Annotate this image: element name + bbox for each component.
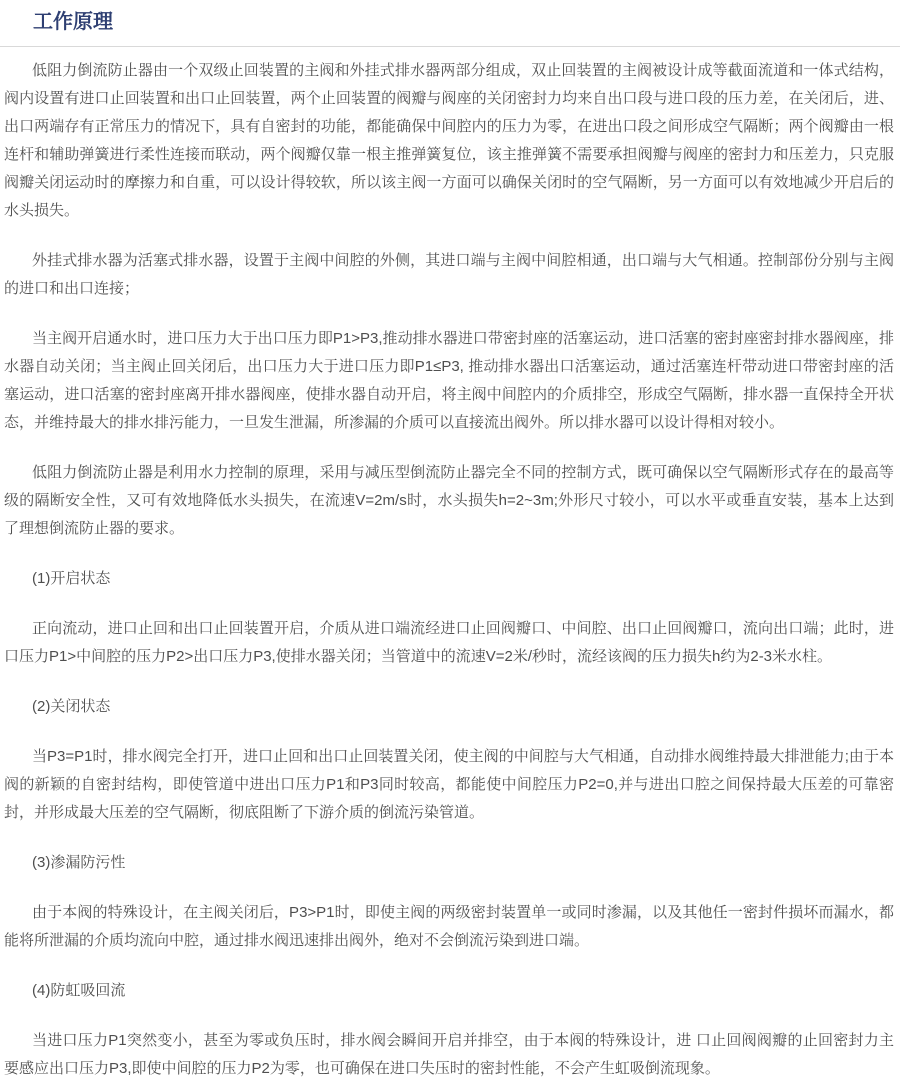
article-body: 低阻力倒流防止器由一个双级止回装置的主阀和外挂式排水器两部分组成，双止回装置的主… [0,47,900,1083]
section-heading-leak-protection: (3)渗漏防污性 [4,849,894,877]
document-page: 工作原理 低阻力倒流防止器由一个双级止回装置的主阀和外挂式排水器两部分组成，双止… [0,0,900,1083]
section-body-closed-state: 当P3=P1时，排水阀完全打开，进口止回和出口止回装置关闭，使主阀的中间腔与大气… [4,743,894,827]
section-heading-open-state: (1)开启状态 [4,565,894,593]
page-title: 工作原理 [0,0,900,46]
section-body-leak-protection: 由于本阀的特殊设计，在主阀关闭后，P3>P1时，即使主阀的两级密封装置单一或同时… [4,899,894,955]
intro-paragraph-4: 低阻力倒流防止器是利用水力控制的原理，采用与减压型倒流防止器完全不同的控制方式，… [4,459,894,543]
intro-paragraph-2: 外挂式排水器为活塞式排水器，设置于主阀中间腔的外侧，其进口端与主阀中间腔相通，出… [4,247,894,303]
section-body-anti-siphon: 当进口压力P1突然变小，甚至为零或负压时，排水阀会瞬间开启并排空，由于本阀的特殊… [4,1027,894,1083]
section-heading-anti-siphon: (4)防虹吸回流 [4,977,894,1005]
intro-paragraph-1: 低阻力倒流防止器由一个双级止回装置的主阀和外挂式排水器两部分组成，双止回装置的主… [4,57,894,225]
intro-paragraph-3: 当主阀开启通水时，进口压力大于出口压力即P1>P3,推动排水器进口带密封座的活塞… [4,325,894,437]
section-heading-closed-state: (2)关闭状态 [4,693,894,721]
section-body-open-state: 正向流动，进口止回和出口止回装置开启，介质从进口端流经进口止回阀瓣口、中间腔、出… [4,615,894,671]
